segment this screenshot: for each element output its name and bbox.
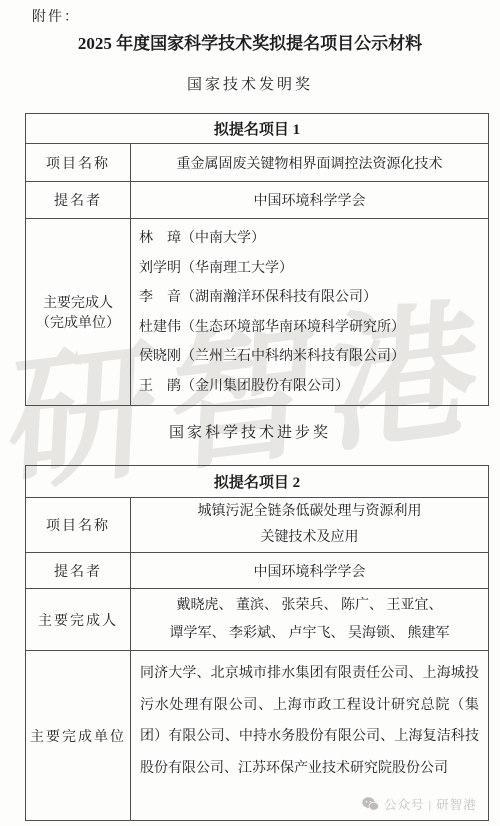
nominated-project-1-table: 拟提名项目 1 项目名称 重金属固废关键物相界面调控法资源化技术 提名者 中国环… (25, 113, 489, 406)
completer-item: 杜建伟（生态环境部华南环境科学研究所） (139, 313, 405, 343)
table-row: 主要完成人 戴晓虎、 董滨、 张荣兵、 陈广、 王亚宜、 谭学军、 李彩斌、 卢… (26, 589, 488, 651)
wechat-icon (362, 797, 379, 812)
completer-item: 侯晓刚（兰州兰石中科纳米科技有限公司） (139, 342, 405, 372)
wechat-account-watermark-badge: 公众号 | 研智港 (362, 793, 488, 815)
nominator-label: 提名者 (26, 182, 131, 218)
completer-item: 王 鹃（金川集团股份有限公司） (139, 372, 349, 402)
main-completers-label: 主要完成人 （完成单位） (26, 219, 131, 405)
nominator-label: 提名者 (26, 553, 131, 588)
completers-line1: 戴晓虎、 董滨、 张荣兵、 陈广、 王亚宜、 (177, 592, 443, 620)
table2-header: 拟提名项目 2 (26, 466, 488, 498)
project-name-line2: 关键技术及应用 (261, 525, 359, 551)
table-row: 主要完成人 （完成单位） 林 璋（中南大学） 刘学明（华南理工大学） 李 音（湖… (26, 219, 488, 405)
project-name-value: 重金属固废关键物相界面调控法资源化技术 (131, 144, 488, 181)
table-row: 提名者 中国环境科学学会 (26, 553, 488, 589)
main-completers-label-line2: （完成单位） (36, 312, 120, 332)
project-name-label: 项目名称 (26, 144, 131, 181)
completer-item: 李 音（湖南瀚洋环保科技有限公司） (139, 283, 377, 313)
table-row: 项目名称 重金属固废关键物相界面调控法资源化技术 (26, 144, 488, 182)
table1-header: 拟提名项目 1 (26, 114, 488, 144)
main-completers-label-line1: 主要完成人 (43, 292, 113, 312)
nominator-value: 中国环境科学学会 (131, 182, 488, 218)
main-completing-units-label: 主要完成单位 (26, 651, 131, 820)
main-completers-label: 主要完成人 (26, 589, 131, 650)
project-name-label: 项目名称 (26, 498, 131, 552)
table-row: 提名者 中国环境科学学会 (26, 182, 488, 219)
badge-text: 公众号 | 研智港 (384, 795, 477, 813)
main-completers-list: 林 璋（中南大学） 刘学明（华南理工大学） 李 音（湖南瀚洋环保科技有限公司） … (131, 219, 488, 405)
main-completers-list: 戴晓虎、 董滨、 张荣兵、 陈广、 王亚宜、 谭学军、 李彩斌、 卢宇飞、 吴海… (131, 589, 488, 650)
section-heading-progress-award: 国家科学技术进步奖 (0, 421, 500, 442)
page-title: 2025 年度国家科学技术奖拟提名项目公示材料 (0, 29, 500, 54)
project-name-line1: 城镇污泥全链条低碳处理与资源利用 (198, 499, 422, 525)
section-heading-invention-award: 国家技术发明奖 (0, 73, 500, 94)
attachment-label: 附件： (32, 6, 80, 26)
completers-line2: 谭学军、 李彩斌、 卢宇飞、 吴海锁、 熊建军 (170, 620, 450, 648)
table-row: 项目名称 城镇污泥全链条低碳处理与资源利用 关键技术及应用 (26, 498, 488, 553)
project-name-value: 城镇污泥全链条低碳处理与资源利用 关键技术及应用 (131, 498, 488, 552)
nominator-value: 中国环境科学学会 (131, 553, 488, 588)
completer-item: 林 璋（中南大学） (139, 224, 265, 254)
nominated-project-2-table: 拟提名项目 2 项目名称 城镇污泥全链条低碳处理与资源利用 关键技术及应用 提名… (25, 465, 489, 821)
completer-item: 刘学明（华南理工大学） (139, 254, 293, 284)
